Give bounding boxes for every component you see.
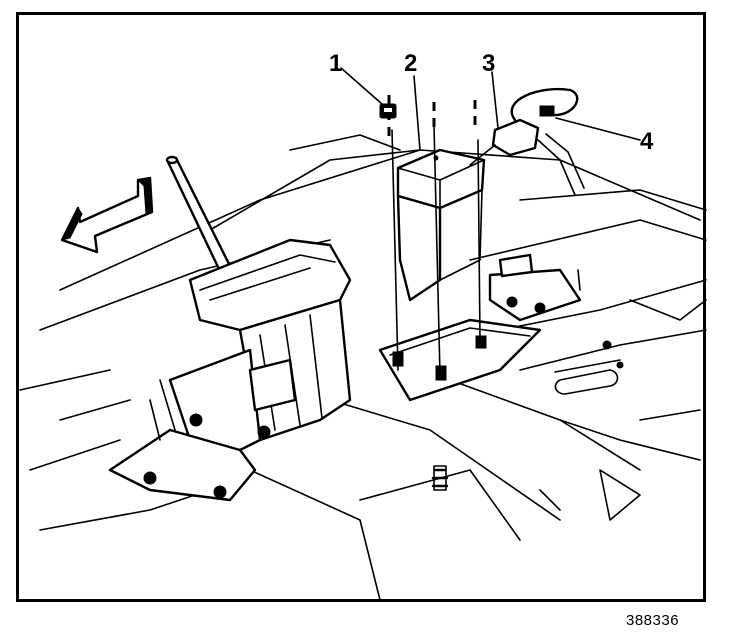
callout-1: 1 <box>329 52 342 76</box>
center-console <box>170 240 350 470</box>
wiring-connector <box>470 89 584 195</box>
floor-stud <box>433 466 447 490</box>
vehicle-floor-line-art <box>0 0 752 644</box>
figure-number: 388336 <box>626 612 679 629</box>
callout-4: 4 <box>640 130 653 154</box>
arrow-forward-icon <box>62 178 152 252</box>
callout-3: 3 <box>482 52 495 76</box>
nut-icon <box>380 104 396 118</box>
sensing-module <box>398 150 484 300</box>
callout-2: 2 <box>404 52 417 76</box>
